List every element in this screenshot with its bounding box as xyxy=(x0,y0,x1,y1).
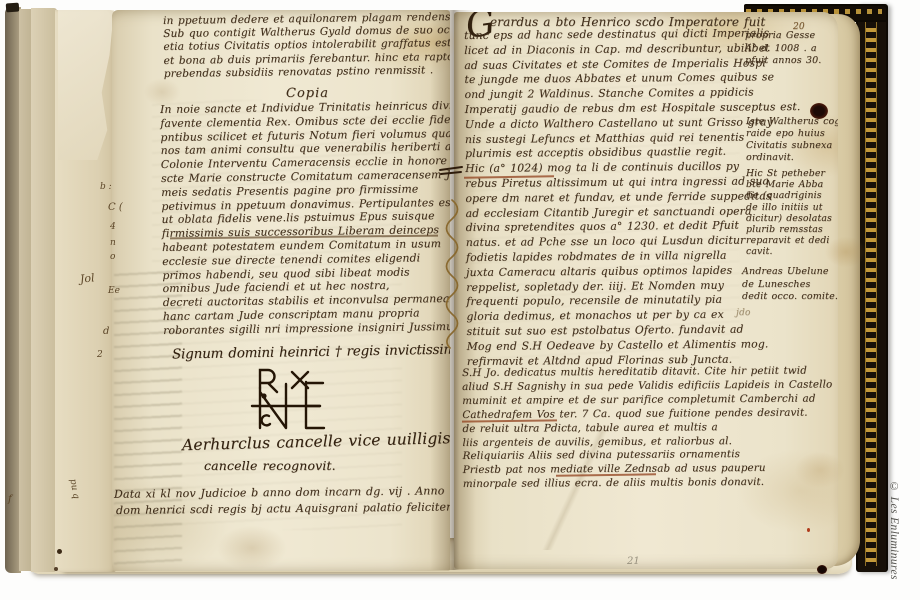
margin-note-line: de Lunesches xyxy=(742,279,838,292)
speck xyxy=(57,549,62,554)
margin-note-line: tie (quadriginis xyxy=(746,190,832,201)
red-speck xyxy=(807,528,810,532)
margin-note-line: plurib remsstas xyxy=(746,224,832,235)
manuscript-line: natus. et ad Pche sse un loco qui Lusdun… xyxy=(466,233,786,251)
margin-note-abbatia: Hic St petheberbte Marie Abbatie (quadri… xyxy=(746,168,832,258)
signum-line: Signum domini heinrici † regis invictiss… xyxy=(172,341,450,362)
margin-annotation: d xyxy=(103,326,109,337)
henricus-royal-monogram xyxy=(250,366,330,434)
margin-note-line: cavit. xyxy=(746,246,832,257)
margin-squiggle-mark xyxy=(438,146,478,361)
margin-note-line: A° d. 1008 . a xyxy=(745,43,821,56)
left-page-content: in ppetuum dedere et aquilonarem plagam … xyxy=(112,10,450,571)
photo-credit: © Les Enluminures xyxy=(888,481,900,600)
recognition-line: Aerhurclus cancelle vice uuilligisi arch… xyxy=(182,428,450,454)
margin-note-andreas: Andreas Ubelunede Luneschesdedit occo. c… xyxy=(742,266,838,304)
pencil-page-number: 21 xyxy=(627,556,640,567)
speck xyxy=(54,567,58,571)
margin-annotation: 2 xyxy=(97,350,103,360)
margin-note-line: raide epo huius xyxy=(746,128,838,140)
manuscript-line: prebendas subsidiis renovatas pstino ren… xyxy=(164,64,450,81)
margin-note-waltherus: Iste Waltherus cograide epo huiusCivitat… xyxy=(746,116,838,164)
copia-heading: Copia xyxy=(286,86,329,101)
left-opening-paragraph: in ppetuum dedere et aquilonarem plagam … xyxy=(163,11,450,81)
margin-note-line: dicitur) desolatas xyxy=(746,213,832,224)
margin-note-line: de illo initiis ut xyxy=(746,202,832,213)
margin-annotation: b : xyxy=(100,182,112,192)
manuscript-photo: b : C ( 4 n o Jol Ee d 2 pu q f in ppetu… xyxy=(0,0,920,600)
faint-offset-mark: jdo xyxy=(736,308,750,318)
margin-note-line: ordinavit. xyxy=(746,152,838,164)
binding-mark xyxy=(6,3,20,13)
margin-note-line: dedit occo. comite. xyxy=(742,291,838,304)
margin-note-dating: propria GesseA° d. 1008 . apfuit annos 3… xyxy=(745,30,821,68)
manuscript-line: Mog end S.H Oedeave by Castello et Alime… xyxy=(467,337,787,355)
margin-note-line: Andreas Ubelune xyxy=(742,266,838,279)
margin-annotation: f xyxy=(8,494,12,505)
charter-text-block: In noie sancte et Individue Trinitatis h… xyxy=(160,99,450,338)
datum-line: dom henrici scdi regis bj actu Aquisgran… xyxy=(116,500,450,517)
margin-note-line: Iste Waltherus cog xyxy=(746,116,838,128)
ink-blot xyxy=(810,103,828,119)
margin-note-line: bte Marie Abba xyxy=(746,179,832,190)
margin-note-line: reparavit et dedi xyxy=(746,235,832,246)
right-page-content: 20 G erardus a bto Henrico scdo Imperato… xyxy=(454,12,838,569)
recognition-line: cancelle recognovit. xyxy=(204,458,336,473)
datum-line: Data xi kl nov Judicioe b anno dom incar… xyxy=(114,484,445,500)
margin-note-line: Hic St petheber xyxy=(746,168,832,179)
margin-note-line: propria Gesse xyxy=(745,30,821,43)
spine-edge xyxy=(31,8,57,572)
margin-note-line: pfuit annos 30. xyxy=(745,55,821,68)
gilt-pattern xyxy=(865,8,877,566)
manuscript-line: minorpale sed illius ecra. de aliis mult… xyxy=(463,476,838,493)
gilt-cover-edge-right xyxy=(856,4,888,572)
margin-annotation: Jol xyxy=(79,271,95,285)
ink-blot xyxy=(817,565,827,574)
margin-note-line: Civitatis subnexa xyxy=(746,140,838,152)
